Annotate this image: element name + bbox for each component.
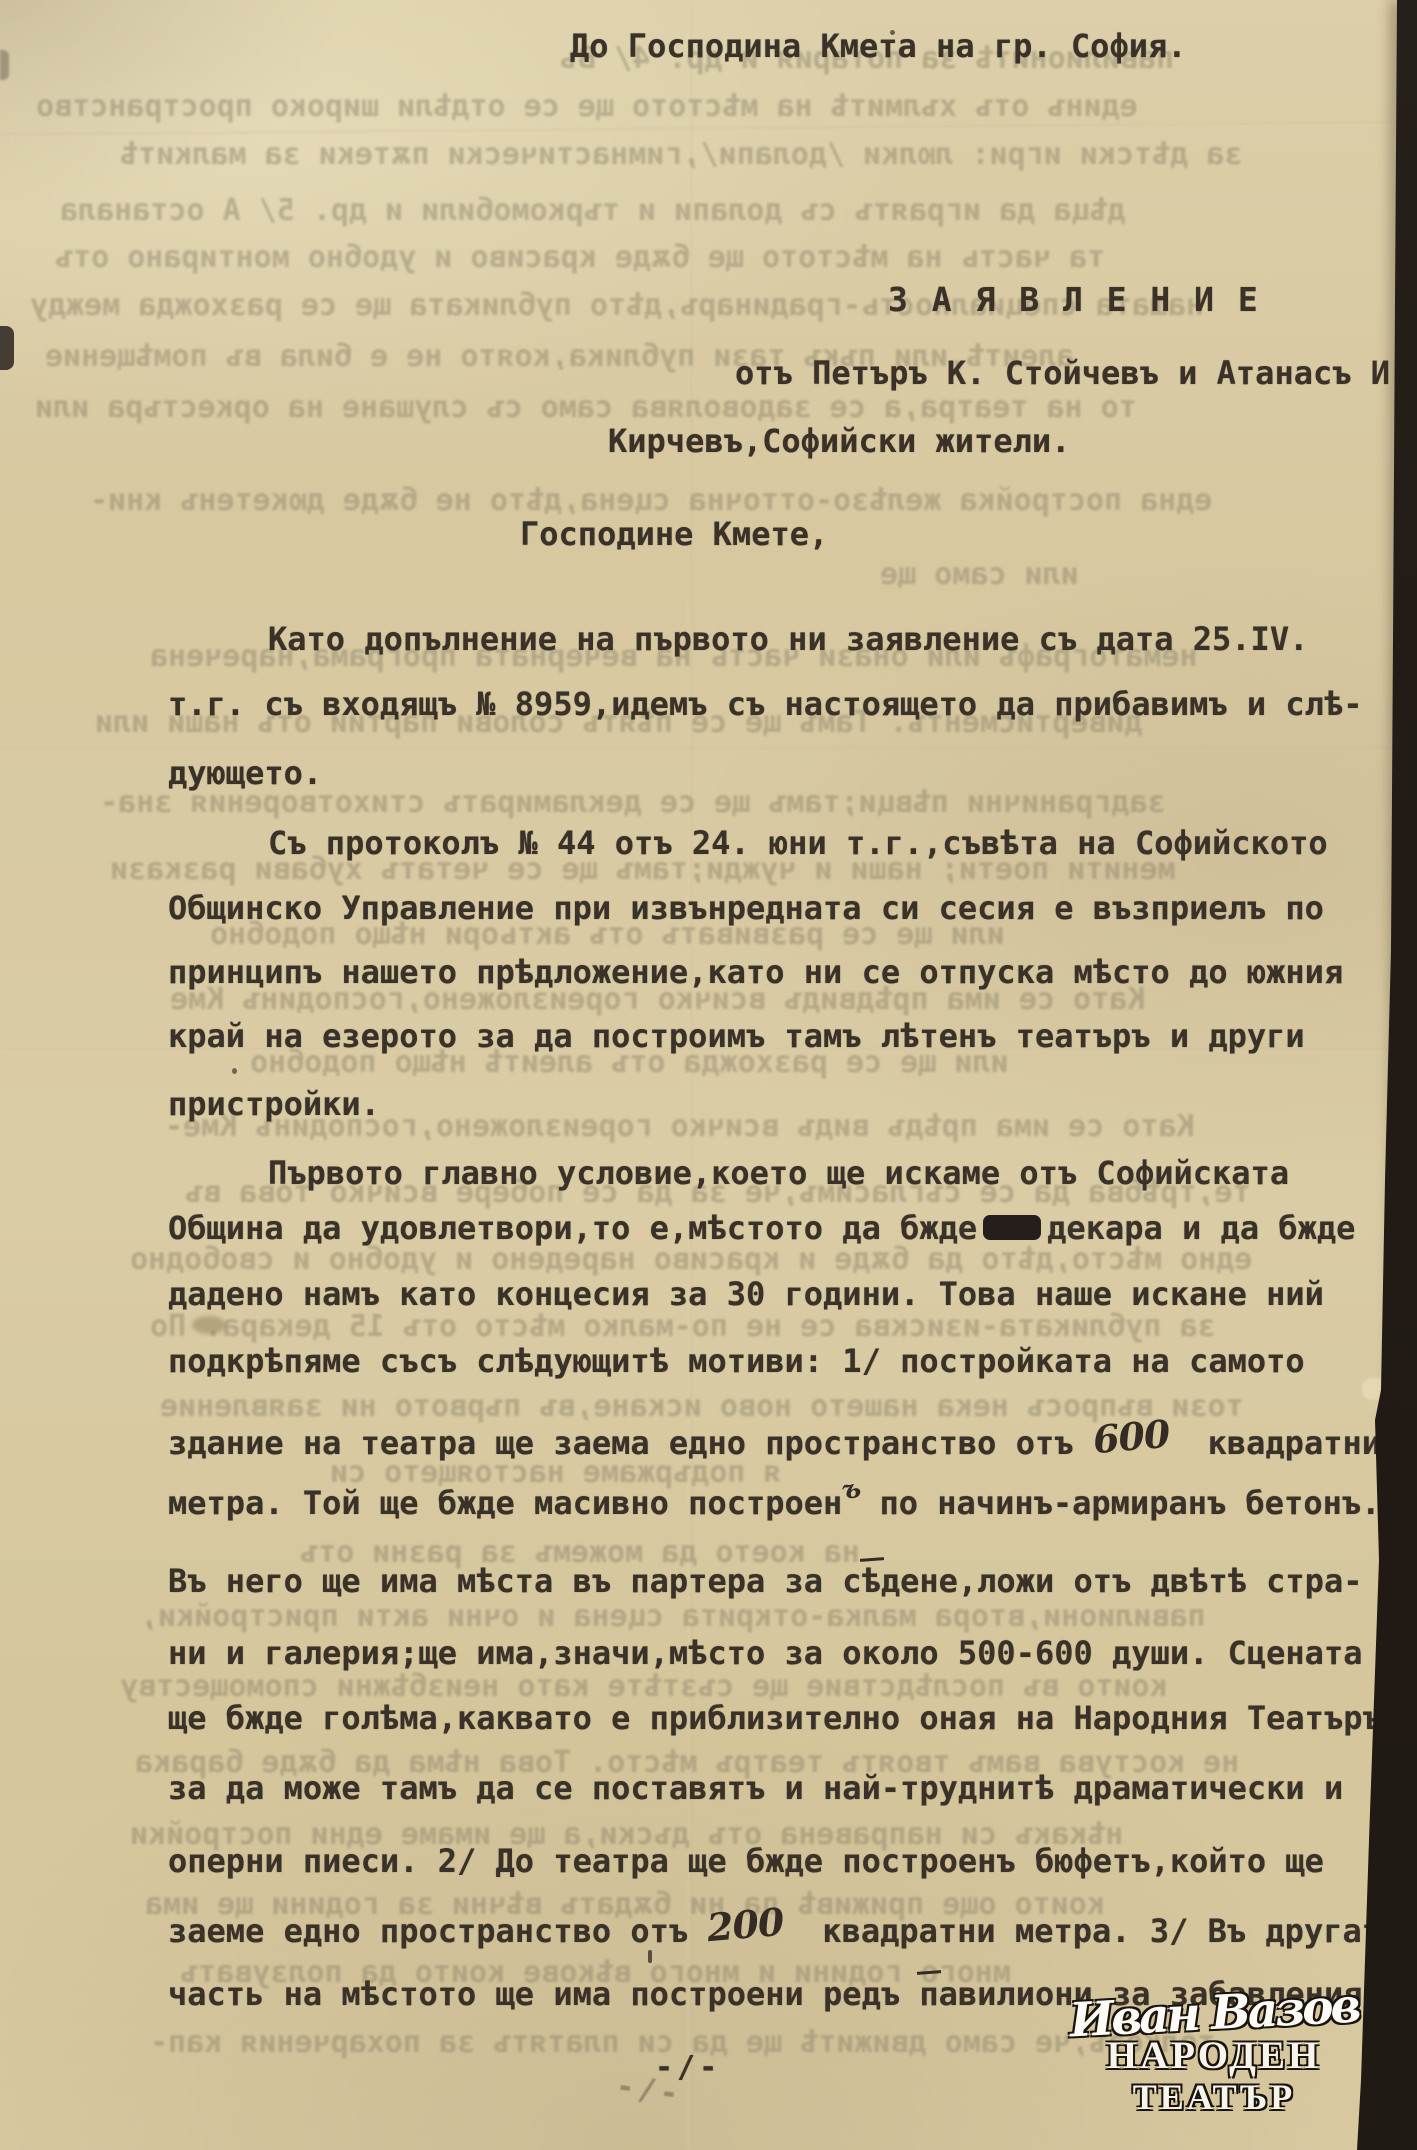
typed-line: метра. Той ще бжде масивно построенъ по … (168, 1487, 1380, 1519)
typed-text: по начинъ-армиранъ бетонъ. (860, 1484, 1380, 1522)
typed-text: Въ него ще има мѣста въ партера за с (168, 1562, 862, 1600)
typed-text: ще бжде голѣма,каквато е приблизително о… (168, 1699, 1382, 1737)
bleedthrough-line: една постройка желѣзо-отточна сцена,дѣто… (90, 486, 1212, 516)
typed-text: дене,ложи отъ двѣтѣ стра- (881, 1562, 1363, 1600)
paper-mark (232, 1068, 237, 1074)
typed-text: декара и да бжде (1047, 1209, 1355, 1247)
typed-line: оперни пиеси. 2/ До театра ще бжде постр… (168, 1845, 1324, 1877)
bleedthrough-line: дѣца да играятъ съ долапи и търкомобили … (60, 196, 1126, 226)
bleedthrough-line: които въ послѣдствие ще съзтѣте като неи… (120, 1672, 1168, 1702)
paper-mark (0, 326, 14, 370)
horizontal-fold-crease (0, 748, 1417, 751)
typed-text: метра. Той ще бжде масивно построен (168, 1484, 842, 1522)
typed-line: ни и галерия;ще има,значи,мѣсто за около… (168, 1637, 1362, 1669)
bleedthrough-line: или само ще (880, 560, 1079, 590)
typed-line: т.г. съ входящъ № 8959,идемъ съ настояще… (168, 688, 1362, 720)
typed-text: принципъ нашето прѣдложение,като ни се о… (168, 953, 1343, 991)
typed-text: квадратни (1169, 1424, 1381, 1462)
page-number: -/- (655, 2053, 721, 2083)
bleedthrough-line: единъ отъ хълмитѣ на мѣстото ще се отдѣл… (36, 92, 1138, 122)
bleedthrough-line: за дѣтски игри: люлки /долапи/,гимнастич… (120, 140, 1242, 170)
salutation-line: Господине Кмете, (520, 518, 828, 550)
scan-dark-edge (1355, 0, 1417, 2150)
typed-line: Съ протоколъ № 44 отъ 24. юни т.г.,съвѣт… (268, 827, 1328, 859)
typed-text: дующето. (168, 754, 322, 792)
typed-text: т.г. съ входящъ № 8959,идемъ съ настояще… (168, 685, 1362, 723)
recipient-line: До Господина Кмета на гр. София. (570, 30, 1187, 62)
typed-text: ни и галерия;ще има,значи,мѣсто за около… (168, 1634, 1362, 1672)
typed-text: Първото главно условие,което ще искаме о… (268, 1154, 1289, 1192)
typed-line: за да може тамъ да се поставятъ и най-тр… (168, 1772, 1343, 1804)
typed-text: квадратни метра. 3/ Въ другата (784, 1912, 1401, 1950)
hand-overstroke-char: п (919, 1978, 938, 2010)
typed-text: подкрѣпяме съсъ слѣдующитѣ мотиви: 1/ по… (168, 1342, 1305, 1380)
handwritten-number: 600 (1091, 1415, 1170, 1460)
bleedthrough-line: за публиката-изисква се не по-малко мѣст… (150, 1312, 1216, 1342)
typed-text: край на езерото за да построимъ тамъ лѣт… (168, 1017, 1305, 1055)
bleedthrough-line: задгранични пѣвци;тамъ ще се декламиратъ… (100, 788, 1166, 818)
typed-line: дадено намъ като концесия за 30 години. … (168, 1278, 1324, 1310)
typed-line: дующето. (168, 757, 322, 789)
handwritten-number: 200 (706, 1903, 785, 1948)
typed-line: Като допълнение на първото ни заявление … (268, 623, 1308, 655)
typed-line: Община да удовлетвори,то е,мѣстото да бж… (168, 1212, 1355, 1246)
handwritten-correction: ъ (841, 1476, 862, 1504)
paper-mark (0, 50, 9, 80)
bleedthrough-line: то на театра,а се задоволява само съ слу… (35, 393, 1137, 423)
document-title: З А Я В Л Е Н И Е (888, 283, 1260, 316)
typed-text: за да може тамъ да се поставятъ и най-тр… (168, 1769, 1343, 1807)
bleedthrough-line: едно мѣсто,дѣто да бѫде и красиво нареде… (130, 1245, 1252, 1275)
typed-text: Общинско Управление при извънредната си … (168, 889, 1324, 927)
bleedthrough-line: та часть на мѣстото ще бѫде красиво и уд… (55, 243, 1105, 273)
typed-line: здание на театра ще заема едно пространс… (168, 1422, 1381, 1460)
hand-overstroke-char: ѣ (862, 1565, 881, 1597)
sender-line-2: Кирчевъ,Софийски жители. (608, 425, 1070, 457)
typed-line: заеме едно пространство отъ 200 квадратн… (168, 1910, 1400, 1948)
inked-out-word (983, 1215, 1041, 1240)
typed-text: Като допълнение на първото ни заявление … (268, 620, 1308, 658)
bleedthrough-line: павилиони,втора малка-открита сцена и оч… (140, 1602, 1206, 1632)
typed-text: здание на театра ще заема едно пространс… (168, 1424, 1093, 1462)
typed-line: ще бжде голѣма,каквато е приблизително о… (168, 1702, 1382, 1734)
typed-text: дадено намъ като концесия за 30 години. … (168, 1275, 1324, 1313)
typed-text: пристройки. (168, 1085, 380, 1123)
typed-line: принципъ нашето прѣдложение,като ни се о… (168, 956, 1343, 988)
bleedthrough-line: този въпросъ нека нашето ново искане,въ … (160, 1392, 1244, 1422)
typed-line: край на езерото за да построимъ тамъ лѣт… (168, 1020, 1305, 1052)
typed-text: оперни пиеси. 2/ До театра ще бжде постр… (168, 1842, 1324, 1880)
typed-text: Община да удовлетвори,то е,мѣстото да бж… (168, 1209, 977, 1247)
typed-line: Общинско Управление при извънредната си … (168, 892, 1324, 924)
typed-text: часть на мѣстото ще има построени редъ (168, 1975, 919, 2013)
typed-line: Първото главно условие,което ще искаме о… (268, 1157, 1289, 1189)
horizontal-fold-crease (0, 122, 1417, 137)
typed-line: Въ него ще има мѣста въ партера за сѣден… (168, 1565, 1362, 1597)
typed-line: подкрѣпяме съсъ слѣдующитѣ мотиви: 1/ по… (168, 1345, 1305, 1377)
sender-line-1: отъ Петъръ К. Стойчевъ и Атанасъ И. (735, 357, 1409, 389)
typed-line: пристройки. (168, 1088, 380, 1120)
national-theatre-watermark: Иван Вазов НАРОДЕН ТЕАТЪР (1029, 1986, 1399, 2118)
document-page: павилионитѣ за потария и др. 4/ Въединъ … (0, 0, 1417, 2150)
typed-text: Съ протоколъ № 44 отъ 24. юни т.г.,съвѣт… (268, 824, 1328, 862)
watermark-teatar: ТЕАТЪР (1029, 2076, 1399, 2118)
typed-text: заеме едно пространство отъ (168, 1912, 707, 1950)
